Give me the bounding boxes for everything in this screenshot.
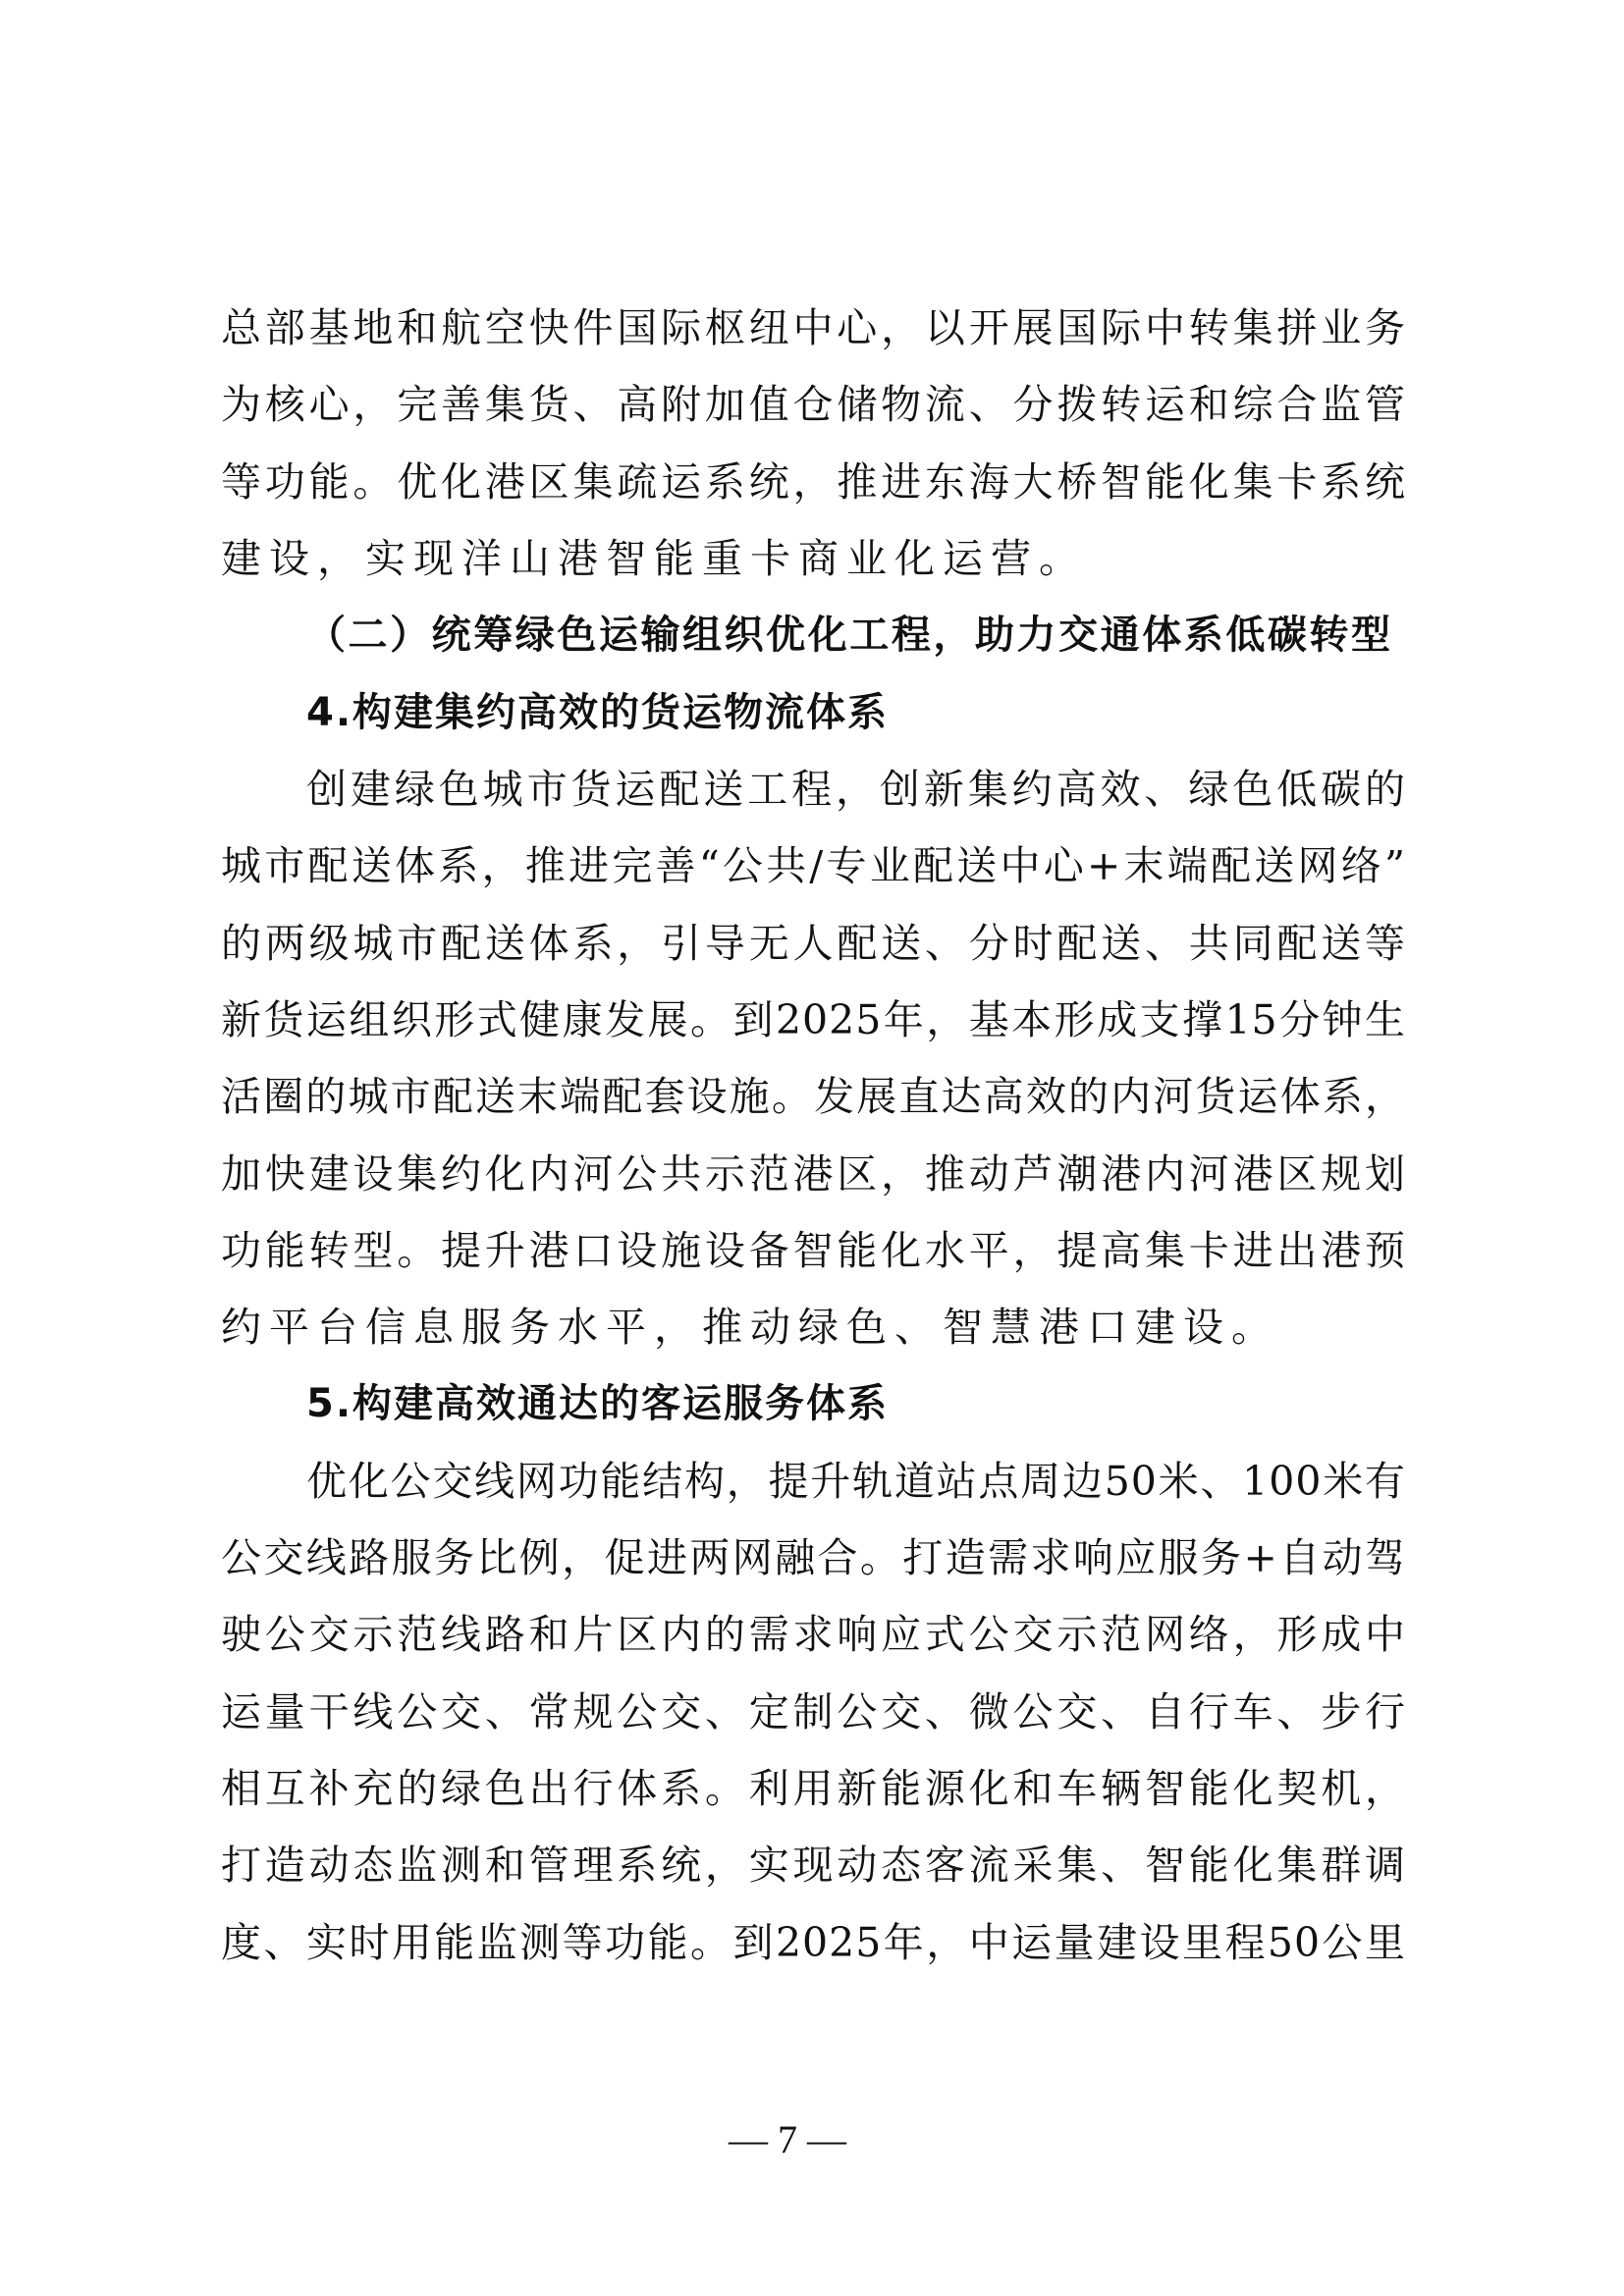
paragraph-line: 度、实时用能监测等功能。到2025年，中运量建设里程50公里 (221, 1904, 1406, 1981)
paragraph-line: 公交线路服务比例，促进两网融合。打造需求响应服务+自动驾 (221, 1520, 1406, 1596)
paragraph-line: 为核心，完善集货、高附加值仓储物流、分拨转运和综合监管 (221, 366, 1406, 443)
document-page: 总部基地和航空快件国际枢纽中心，以开展国际中转集拼业务 为核心，完善集货、高附加… (0, 0, 1624, 2296)
paragraph-line: 打造动态监测和管理系统，实现动态客流采集、智能化集群调 (221, 1827, 1406, 1903)
page-number: — 7 — (714, 2115, 861, 2164)
paragraph-line: 总部基地和航空快件国际枢纽中心，以开展国际中转集拼业务 (221, 290, 1406, 366)
paragraph-line: 加快建设集约化内河公共示范港区，推动芦潮港内河港区规划 (221, 1136, 1406, 1212)
paragraph-line: 新货运组织形式健康发展。到2025年，基本形成支撑15分钟生 (221, 982, 1406, 1058)
subsection-heading: 5.构建高效通达的客运服务体系 (306, 1365, 1406, 1442)
paragraph-line: 创建绿色城市货运配送工程，创新集约高效、绿色低碳的 (306, 751, 1406, 828)
paragraph-line: 约平台信息服务水平，推动绿色、智慧港口建设。 (221, 1289, 1406, 1365)
paragraph-line: 功能转型。提升港口设施设备智能化水平，提高集卡进出港预 (221, 1212, 1406, 1289)
paragraph-line: 驶公交示范线路和片区内的需求响应式公交示范网络，形成中 (221, 1596, 1406, 1673)
paragraph-line: 优化公交线网功能结构，提升轨道站点周边50米、100米有 (306, 1443, 1406, 1520)
subsection-heading: 4.构建集约高效的货运物流体系 (306, 674, 1406, 751)
paragraph-line: 相互补充的绿色出行体系。利用新能源化和车辆智能化契机， (221, 1750, 1406, 1827)
paragraph-line: 活圈的城市配送末端配套设施。发展直达高效的内河货运体系， (221, 1058, 1406, 1135)
paragraph-line: 的两级城市配送体系，引导无人配送、分时配送、共同配送等 (221, 905, 1406, 982)
section-heading: （二）统筹绿色运输组织优化工程，助力交通体系低碳转型 (306, 597, 1392, 673)
paragraph-line: 等功能。优化港区集疏运系统，推进东海大桥智能化集卡系统 (221, 444, 1406, 520)
paragraph-line: 城市配送体系，推进完善“公共/专业配送中心+末端配送网络” (221, 828, 1406, 904)
paragraph-line: 运量干线公交、常规公交、定制公交、微公交、自行车、步行 (221, 1674, 1406, 1750)
paragraph-line: 建设，实现洋山港智能重卡商业化运营。 (221, 520, 1406, 597)
